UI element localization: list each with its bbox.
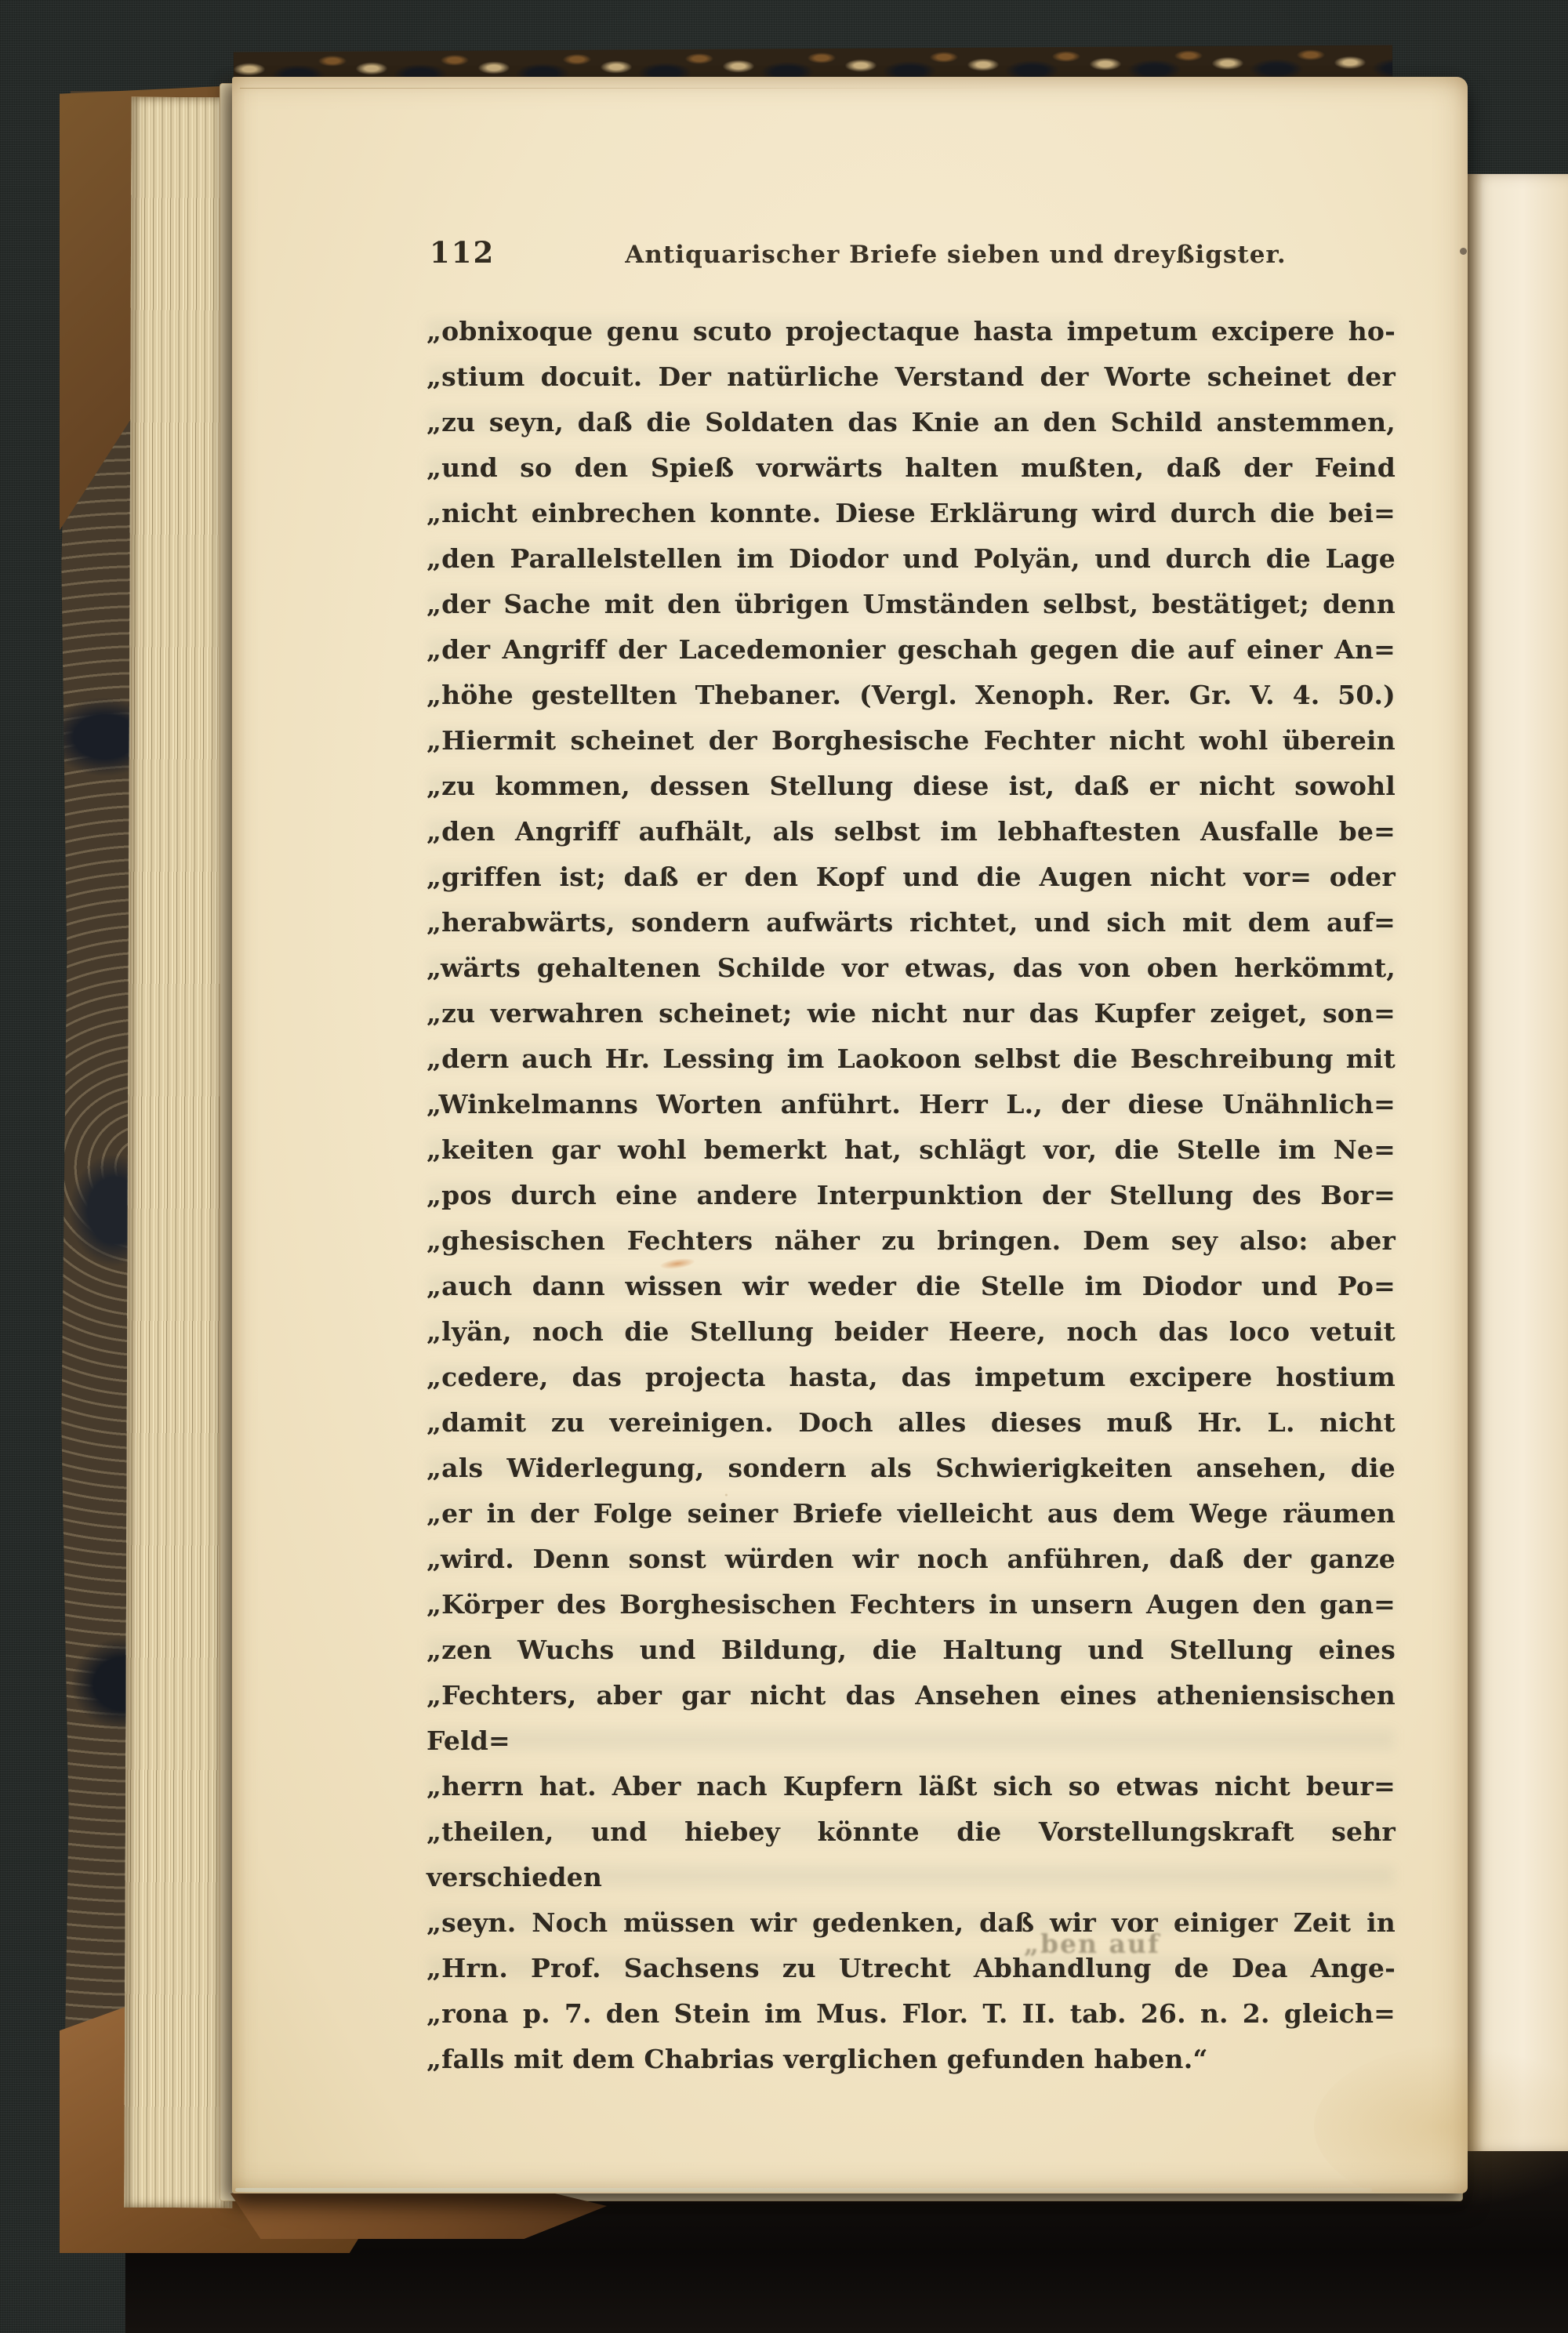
text-line: „Fechters, aber gar nicht das Ansehen ei… [426,1673,1396,1764]
text-line: „damit zu vereinigen. Doch alles dieses … [426,1400,1396,1446]
page-speck [1460,248,1467,255]
text-line: „stium docuit. Der natürliche Verstand d… [426,354,1396,400]
text-line: „keiten gar wohl bemerkt hat, schlägt vo… [426,1127,1396,1173]
page-header: 112 Antiquarischer Briefe sieben und dre… [430,235,1396,270]
text-line: „rona p. 7. den Stein im Mus. Flor. T. I… [426,1991,1396,2037]
text-line: „griffen ist; daß er den Kopf und die Au… [426,854,1396,900]
text-line: „der Angriff der Lacedemonier geschah ge… [426,627,1396,673]
text-line: „den Parallelstellen im Diodor und Polyä… [426,536,1396,582]
text-line: „höhe gestellten Thebaner. (Vergl. Xenop… [426,673,1396,718]
text-line: „falls mit dem Chabrias verglichen gefun… [426,2037,1396,2082]
text-line: „nicht einbrechen konnte. Diese Erklärun… [426,491,1396,536]
text-line: „zen Wuchs und Bildung, die Haltung und … [426,1627,1396,1673]
text-line: „pos durch eine andere Interpunktion der… [426,1173,1396,1218]
text-line: „seyn. Noch müssen wir gedenken, daß wir… [426,1900,1396,1946]
text-line: „Hrn. Prof. Sachsens zu Utrecht Abhandlu… [426,1946,1396,1991]
text-line: „und so den Spieß vorwärts halten mußten… [426,445,1396,491]
text-line: „zu seyn, daß die Soldaten das Knie an d… [426,400,1396,445]
text-line: „Hiermit scheinet der Borghesische Fecht… [426,718,1396,764]
text-line: „herabwärts, sondern aufwärts richtet, u… [426,900,1396,945]
text-line: „cedere, das projecta hasta, das impetum… [426,1355,1396,1400]
text-line: „herrn hat. Aber nach Kupfern läßt sich … [426,1764,1396,1809]
facing-page-edge [1468,174,1568,2151]
text-line: „auch dann wissen wir weder die Stelle i… [426,1264,1396,1309]
page-number: 112 [430,235,516,270]
text-line: „als Widerlegung, sondern als Schwierigk… [426,1446,1396,1491]
text-line: „den Angriff aufhält, als selbst im lebh… [426,809,1396,854]
text-line: „ghesischen Fechters näher zu bringen. D… [426,1218,1396,1264]
body-text: „obnixoque genu scuto projectaque hasta … [426,309,1396,2082]
text-line: „Körper des Borghesischen Fechters in un… [426,1582,1396,1627]
running-header: Antiquarischer Briefe sieben und dreyßig… [516,241,1396,269]
show-through-text: „ben auf [1024,1928,1160,1959]
photo-background: 112 Antiquarischer Briefe sieben und dre… [0,0,1568,2333]
text-line: „Winkelmanns Worten anführt. Herr L., de… [426,1082,1396,1127]
text-line: „wird. Denn sonst würden wir noch anführ… [426,1537,1396,1582]
text-line: „zu verwahren scheinet; wie nicht nur da… [426,991,1396,1036]
text-line: „lyän, noch die Stellung beider Heere, n… [426,1309,1396,1355]
text-line: „der Sache mit den übrigen Umständen sel… [426,582,1396,627]
text-line: „obnixoque genu scuto projectaque hasta … [426,309,1396,354]
book-page: 112 Antiquarischer Briefe sieben und dre… [232,77,1468,2193]
text-line: „er in der Folge seiner Briefe vielleich… [426,1491,1396,1537]
text-line: „theilen, und hiebey könnte die Vorstell… [426,1809,1396,1900]
text-line: „wärts gehaltenen Schilde vor etwas, das… [426,945,1396,991]
text-line: „dern auch Hr. Lessing im Laokoon selbst… [426,1036,1396,1082]
text-line: „zu kommen, dessen Stellung diese ist, d… [426,764,1396,809]
